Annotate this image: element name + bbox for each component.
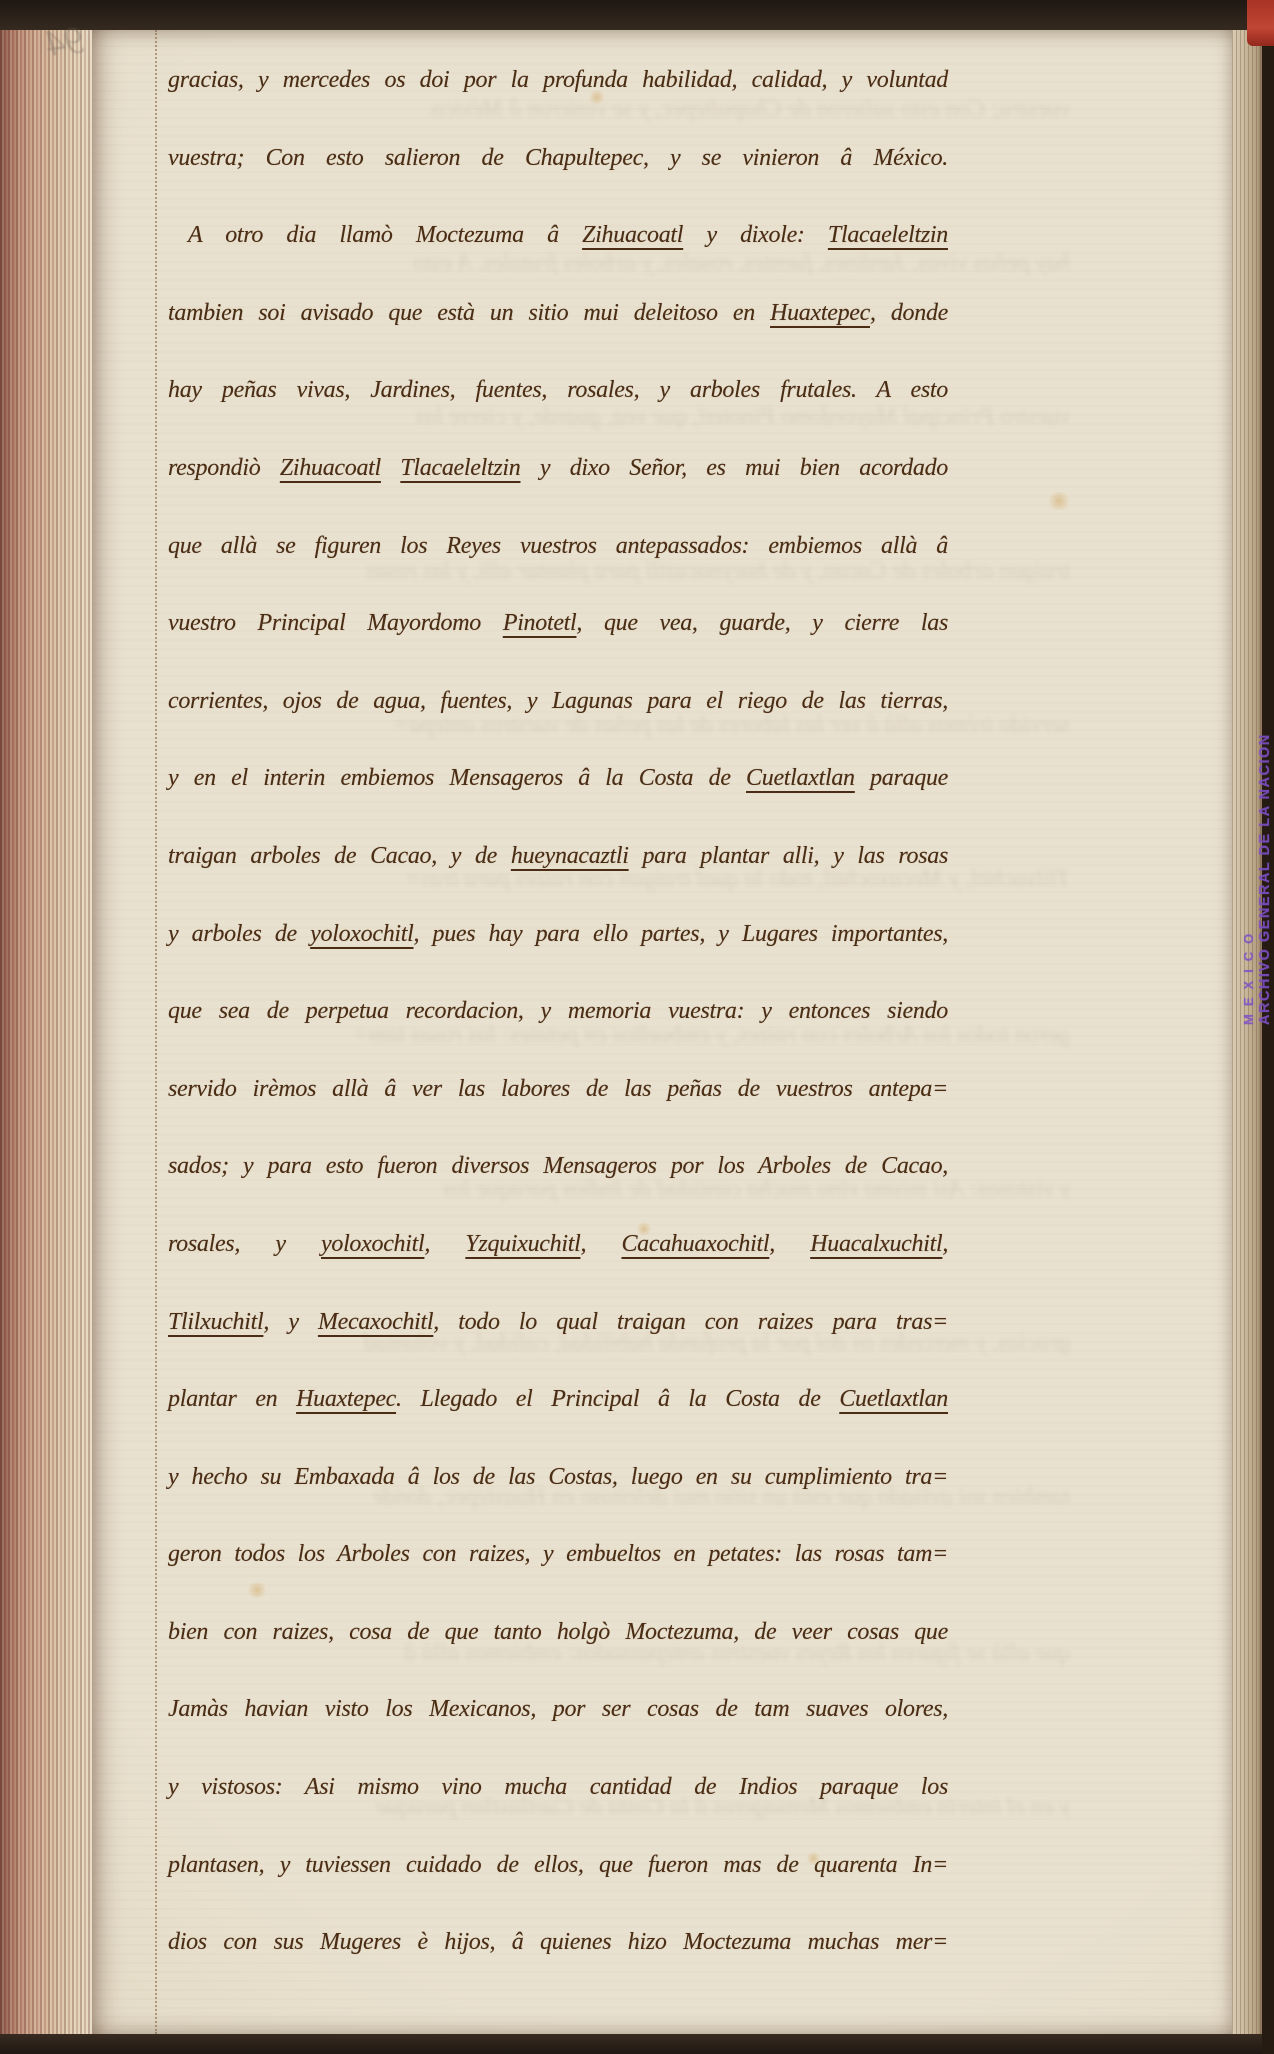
underlined-name: Tlacaeleltzin xyxy=(400,455,520,481)
book-cover-bottom xyxy=(0,2034,1274,2054)
manuscript-text-segment: para plantar alli, y las rosas xyxy=(629,843,948,869)
manuscript-line: sados; y para esto fueron diversos Mensa… xyxy=(168,1128,948,1206)
archive-stamp: MEXICO ARCHIVO GENERAL DE LA NACION xyxy=(1241,585,1273,1025)
manuscript-text-segment: y hecho su Embaxada â los de las Costas,… xyxy=(168,1464,948,1490)
manuscript-text-segment: , todo lo qual traigan con raizes para t… xyxy=(433,1309,948,1335)
manuscript-line: A otro dia llamò Moctezuma â Zihuacoatl … xyxy=(168,197,948,275)
manuscript-text-segment: , que vea, guarde, y cierre las xyxy=(576,610,948,636)
manuscript-text-segment: . Llegado el Principal â la Costa de xyxy=(396,1386,839,1412)
manuscript-text-segment: y en el interin embiemos Mensageros â la… xyxy=(168,765,746,791)
manuscript-line: y en el interin embiemos Mensageros â la… xyxy=(168,740,948,818)
manuscript-text-segment: paraque xyxy=(855,765,948,791)
manuscript-text-segment: plantar en xyxy=(168,1386,296,1412)
book-fore-edge xyxy=(1232,30,1262,2036)
manuscript-text-segment: servido irèmos allà â ver las labores de… xyxy=(168,1076,948,1102)
manuscript-text-segment: geron todos los Arboles con raizes, y em… xyxy=(168,1541,948,1567)
manuscript-text-segment: dios con sus Mugeres è hijos, â quienes … xyxy=(168,1929,948,1955)
manuscript-text-segment: que sea de perpetua recordacion, y memor… xyxy=(168,998,948,1024)
ghost-page-number: 94 xyxy=(43,18,86,66)
red-edge-mark xyxy=(1247,0,1274,46)
margin-rule-line xyxy=(155,30,157,2034)
manuscript-photo: 94 vuestra; Con esto salieron de Chapult… xyxy=(0,0,1274,2054)
manuscript-line: plantasen, y tuviessen cuidado de ellos,… xyxy=(168,1827,948,1905)
manuscript-text-segment: Jamàs havian visto los Mexicanos, por se… xyxy=(168,1696,948,1722)
manuscript-text-segment: plantasen, y tuviessen cuidado de ellos,… xyxy=(168,1852,948,1878)
manuscript-line: Jamàs havian visto los Mexicanos, por se… xyxy=(168,1671,948,1749)
archive-stamp-title: ARCHIVO GENERAL DE LA NACION xyxy=(1257,585,1273,1025)
manuscript-line: plantar en Huaxtepec. Llegado el Princip… xyxy=(168,1361,948,1439)
book-cover-top xyxy=(0,0,1274,30)
manuscript-line: servido irèmos allà â ver las labores de… xyxy=(168,1051,948,1129)
underlined-name: Zihuacoatl xyxy=(280,455,381,481)
underlined-name: Cacahuaxochitl xyxy=(621,1231,769,1257)
manuscript-line: que allà se figuren los Reyes vuestros a… xyxy=(168,508,948,586)
underlined-name: Cuetlaxtlan xyxy=(746,765,855,791)
manuscript-line: vuestro Principal Mayordomo Pinotetl, qu… xyxy=(168,585,948,663)
underlined-name: yoloxochitl xyxy=(310,921,413,947)
underlined-name: Yzquixuchitl xyxy=(465,1231,580,1257)
underlined-name: Tlilxuchitl xyxy=(168,1309,263,1335)
manuscript-line: geron todos los Arboles con raizes, y em… xyxy=(168,1516,948,1594)
manuscript-text-segment: traigan arboles de Cacao, y de xyxy=(168,843,511,869)
manuscript-line: dios con sus Mugeres è hijos, â quienes … xyxy=(168,1904,948,1982)
manuscript-text-segment: que allà se figuren los Reyes vuestros a… xyxy=(168,533,948,559)
manuscript-text-segment: , pues hay para ello partes, y Lugares i… xyxy=(414,921,948,947)
manuscript-line: bien con raizes, cosa de que tanto holgò… xyxy=(168,1594,948,1672)
manuscript-line: hay peñas vivas, Jardines, fuentes, rosa… xyxy=(168,352,948,430)
underlined-name: Pinotetl xyxy=(503,610,577,636)
manuscript-line: tambien soi avisado que està un sitio mu… xyxy=(168,275,948,353)
manuscript-text-segment: y dixole: xyxy=(683,222,828,248)
underlined-name: yoloxochitl xyxy=(321,1231,424,1257)
underlined-name: Mecaxochitl xyxy=(318,1309,433,1335)
manuscript-text-block: gracias, y mercedes os doi por la profun… xyxy=(168,42,948,1982)
manuscript-text-segment: sados; y para esto fueron diversos Mensa… xyxy=(168,1153,948,1179)
underlined-name: Cuetlaxtlan xyxy=(839,1386,948,1412)
underlined-name: Huaxtepec xyxy=(770,300,870,326)
manuscript-line: y hecho su Embaxada â los de las Costas,… xyxy=(168,1439,948,1517)
manuscript-text-segment: , xyxy=(424,1231,465,1257)
manuscript-text-segment: , y xyxy=(263,1309,318,1335)
manuscript-text-segment: corrientes, ojos de agua, fuentes, y Lag… xyxy=(168,688,948,714)
manuscript-text-segment: tambien soi avisado que està un sitio mu… xyxy=(168,300,770,326)
manuscript-text-segment: hay peñas vivas, Jardines, fuentes, rosa… xyxy=(168,377,948,403)
manuscript-text-segment: respondiò xyxy=(168,455,280,481)
manuscript-text-segment xyxy=(381,455,400,481)
underlined-name: Tlacaeleltzin xyxy=(828,222,948,248)
manuscript-line: corrientes, ojos de agua, fuentes, y Lag… xyxy=(168,663,948,741)
book-binding-page-edges xyxy=(0,28,92,2036)
manuscript-text-segment: , xyxy=(942,1231,948,1257)
manuscript-text-segment: y vistosos: Asi mismo vino mucha cantida… xyxy=(168,1774,948,1800)
manuscript-text-segment: y dixo Señor, es mui bien acordado xyxy=(520,455,948,481)
manuscript-text-segment: gracias, y mercedes os doi por la profun… xyxy=(168,67,948,93)
manuscript-text-segment: , xyxy=(769,1231,810,1257)
underlined-name: Huacalxuchitl xyxy=(810,1231,942,1257)
manuscript-line: traigan arboles de Cacao, y de hueynacaz… xyxy=(168,818,948,896)
underlined-name: hueynacaztli xyxy=(511,843,629,869)
manuscript-line: Tlilxuchitl, y Mecaxochitl, todo lo qual… xyxy=(168,1284,948,1362)
manuscript-text-segment: rosales, y xyxy=(168,1231,321,1257)
manuscript-text-segment: bien con raizes, cosa de que tanto holgò… xyxy=(168,1619,948,1645)
manuscript-text-segment: vuestro Principal Mayordomo xyxy=(168,610,503,636)
manuscript-text-segment: vuestra; Con esto salieron de Chapultepe… xyxy=(168,145,948,171)
manuscript-text-segment: y arboles de xyxy=(168,921,310,947)
manuscript-text-segment: , xyxy=(580,1231,621,1257)
manuscript-line: y vistosos: Asi mismo vino mucha cantida… xyxy=(168,1749,948,1827)
underlined-name: Huaxtepec xyxy=(296,1386,396,1412)
manuscript-line: gracias, y mercedes os doi por la profun… xyxy=(168,42,948,120)
underlined-name: Zihuacoatl xyxy=(582,222,683,248)
book-cover-right xyxy=(1262,0,1274,2054)
manuscript-line: que sea de perpetua recordacion, y memor… xyxy=(168,973,948,1051)
manuscript-line: respondiò Zihuacoatl Tlacaeleltzin y dix… xyxy=(168,430,948,508)
manuscript-line: rosales, y yoloxochitl, Yzquixuchitl, Ca… xyxy=(168,1206,948,1284)
manuscript-line: y arboles de yoloxochitl, pues hay para … xyxy=(168,896,948,974)
archive-stamp-city: MEXICO xyxy=(1241,775,1256,1025)
manuscript-text-segment: A otro dia llamò Moctezuma â xyxy=(188,222,582,248)
manuscript-text-segment: , donde xyxy=(870,300,948,326)
manuscript-line: vuestra; Con esto salieron de Chapultepe… xyxy=(168,120,948,198)
